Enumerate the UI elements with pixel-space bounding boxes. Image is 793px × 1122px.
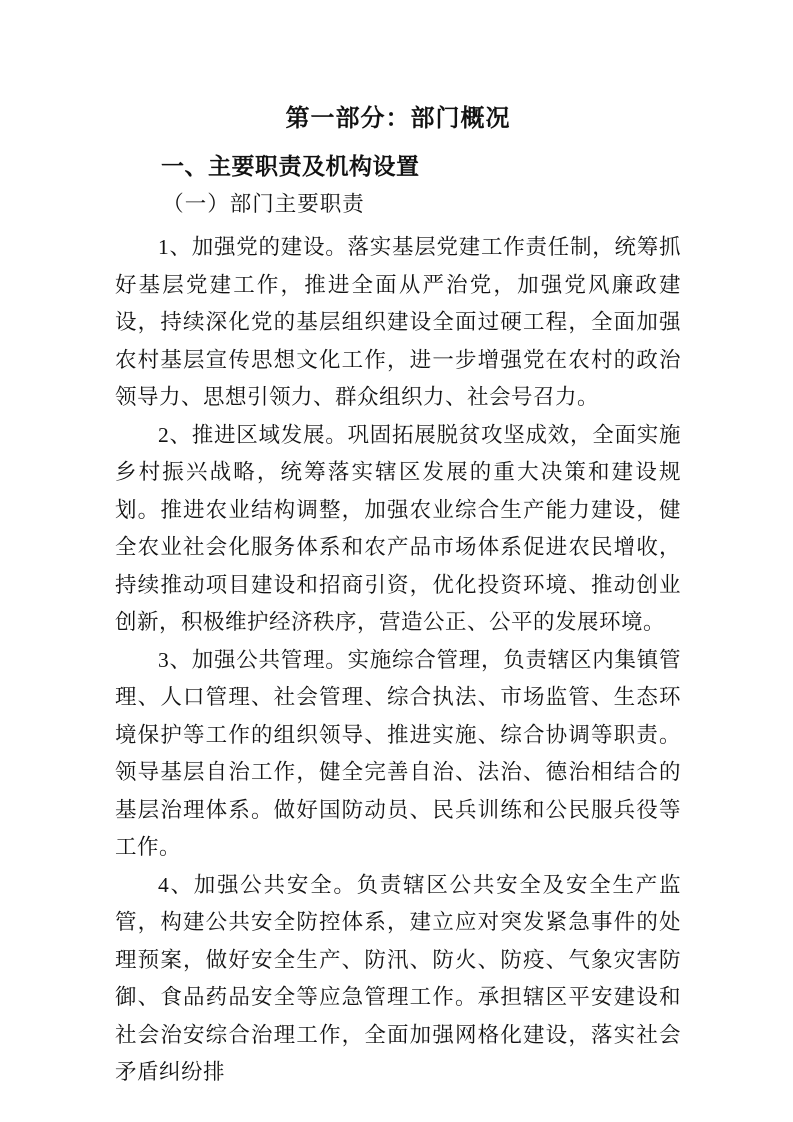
- document-content: 第一部分：部门概况 一、主要职责及机构设置 （一）部门主要职责 1、加强党的建设…: [115, 104, 681, 1092]
- paragraph-public-administration: 3、加强公共管理。实施综合管理，负责辖区内集镇管理、人口管理、社会管理、综合执法…: [115, 642, 681, 867]
- paragraph-regional-development: 2、推进区域发展。巩固拓展脱贫攻坚成效，全面实施乡村振兴战略，统筹落实辖区发展的…: [115, 417, 681, 642]
- paragraph-party-building: 1、加强党的建设。落实基层党建工作责任制，统筹抓好基层党建工作，推进全面从严治党…: [115, 229, 681, 417]
- section-heading: 一、主要职责及机构设置: [115, 151, 681, 181]
- subsection-heading: （一）部门主要职责: [115, 189, 681, 219]
- document-title: 第一部分：部门概况: [115, 104, 681, 134]
- document-page: 第一部分：部门概况 一、主要职责及机构设置 （一）部门主要职责 1、加强党的建设…: [0, 0, 793, 1122]
- paragraph-public-safety: 4、加强公共安全。负责辖区公共安全及安全生产监管，构建公共安全防控体系，建立应对…: [115, 867, 681, 1092]
